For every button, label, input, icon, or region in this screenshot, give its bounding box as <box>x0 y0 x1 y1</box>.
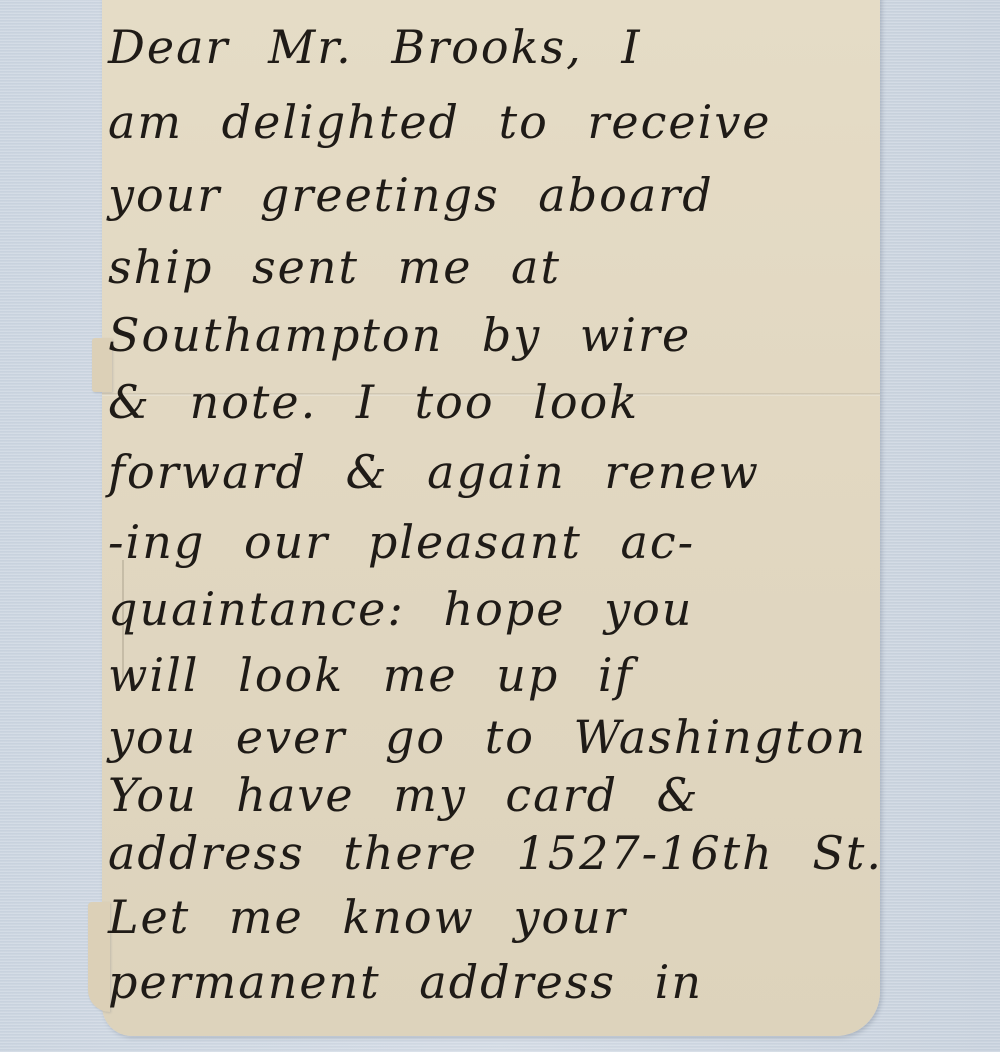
letter-line: Dear Mr. Brooks, I <box>108 20 642 74</box>
letter-line: & note. I too look <box>108 375 639 429</box>
letter-line: am delighted to receive <box>108 95 772 149</box>
letter-line: address there 1527-16th St. <box>108 826 883 880</box>
letter-line: your greetings aboard <box>108 168 714 222</box>
letter-line: ship sent me at <box>108 240 561 294</box>
letter-line: quaintance: hope you <box>108 582 693 636</box>
paper-folded-tab <box>88 902 110 1012</box>
letter-line: -ing our pleasant ac- <box>108 515 695 569</box>
letter-line: will look me up if <box>108 648 634 702</box>
letter-line: Southampton by wire <box>108 308 691 362</box>
letter-line: You have my card & <box>108 768 700 822</box>
letter-line: you ever go to Washington <box>108 710 867 764</box>
letter-line: permanent address in <box>108 955 703 1009</box>
letter-line: Let me know your <box>108 890 627 944</box>
letter-line: forward & again renew <box>108 445 760 499</box>
